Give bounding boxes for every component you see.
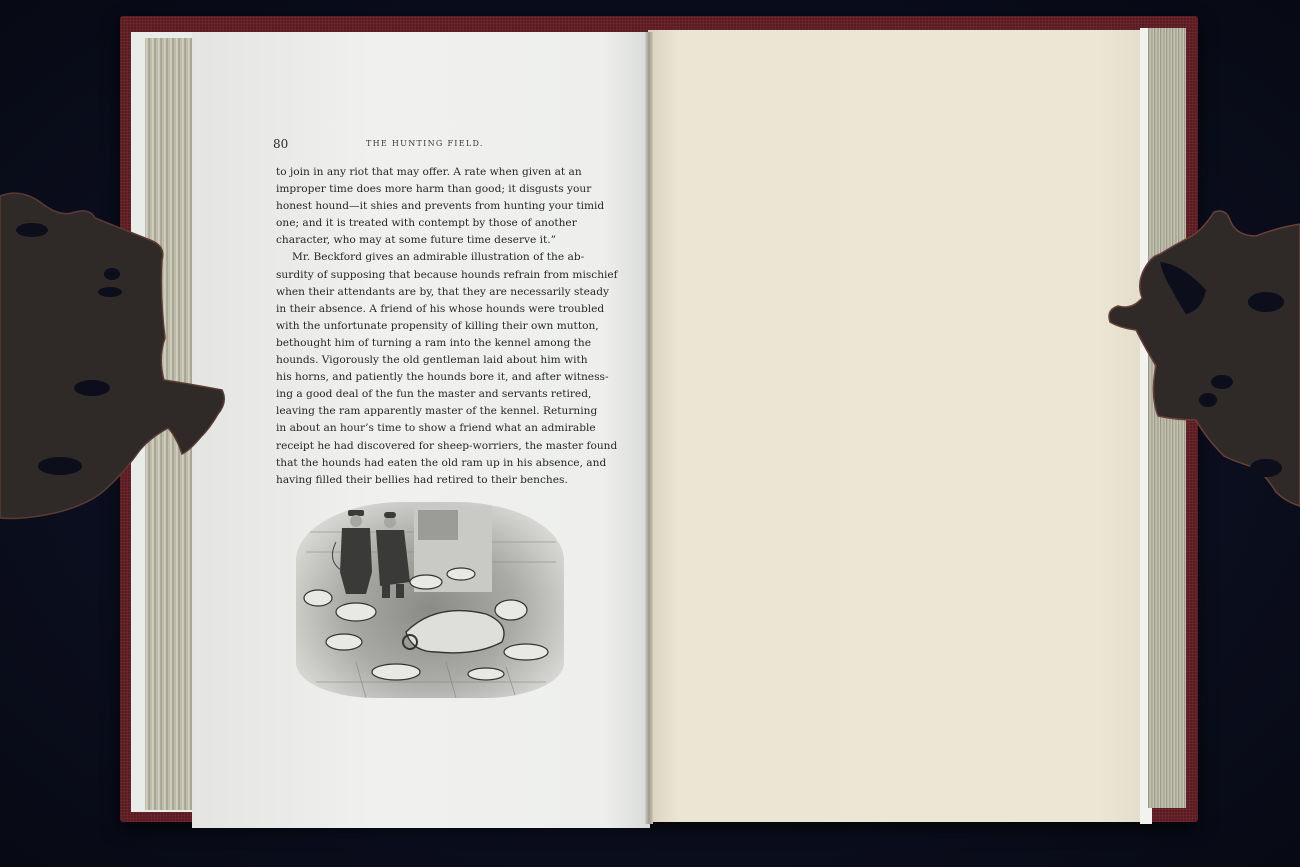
text-line: in their absence. A friend of his whose … [276,301,573,318]
engraving-illustration [296,502,564,698]
right-page-weight[interactable] [1106,206,1300,536]
text-line: in about an hour’s time to show a friend… [276,420,573,437]
text-line: bethought him of turning a ram into the … [276,335,573,352]
right-page [648,30,1148,822]
page-number: 80 [273,137,288,151]
text-line: leaving the ram apparently master of the… [276,403,573,420]
text-line: character, who may at some future time d… [276,232,573,249]
running-header: 80 THE HUNTING FIELD. [273,137,573,153]
text-line: honest hound—it shies and prevents from … [276,198,573,215]
text-line: when their attendants are by, that they … [276,284,573,301]
text-line: one; and it is treated with contempt by … [276,215,573,232]
text-line: surdity of supposing that because hounds… [276,267,573,284]
running-head-title: THE HUNTING FIELD. [366,139,484,148]
text-line: that the hounds had eaten the old ram up… [276,455,573,472]
book-gutter [645,32,653,824]
text-line: receipt he had discovered for sheep-worr… [276,438,573,455]
body-text: to join in any riot that may offer. A ra… [276,164,573,489]
text-line: to join in any riot that may offer. A ra… [276,164,573,181]
text-line: with the unfortunate propensity of killi… [276,318,573,335]
text-line: Mr. Beckford gives an admirable illustra… [276,249,573,266]
left-page-weight[interactable] [0,188,230,524]
text-line: his horns, and patiently the hounds bore… [276,369,573,386]
text-line: improper time does more harm than good; … [276,181,573,198]
text-line: hounds. Vigorously the old gentleman lai… [276,352,573,369]
text-line: ing a good deal of the fun the master an… [276,386,573,403]
text-line: having filled their bellies had retired … [276,472,573,489]
